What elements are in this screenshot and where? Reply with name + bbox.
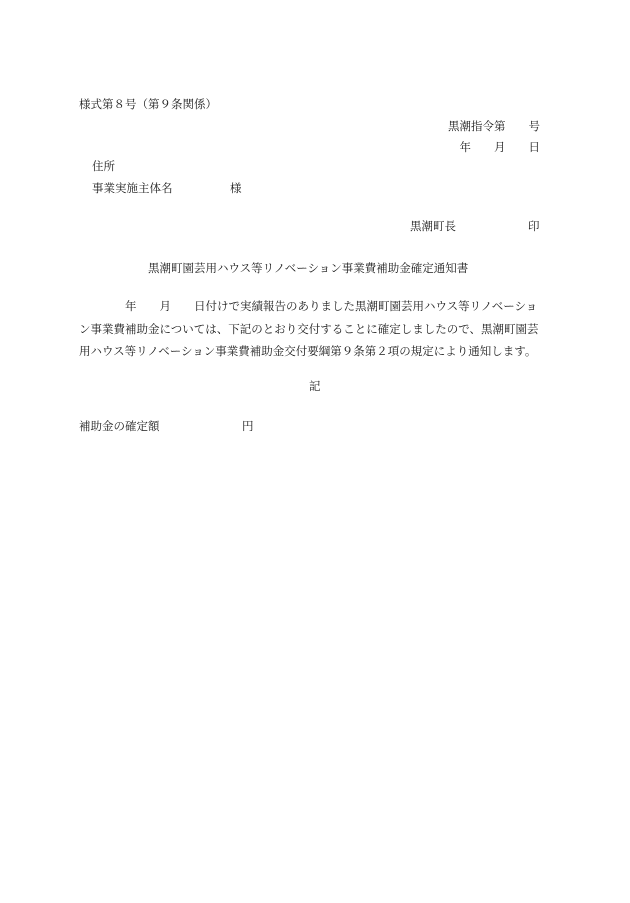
body-line: 年 月 日付けで実績報告のありました黒潮町園芸用ハウス等リノベーショ [79, 295, 553, 318]
issuer-title: 黒潮町長 [410, 219, 456, 233]
directive-number: 黒潮指令第 号 [448, 119, 540, 133]
confirmed-amount-label: 補助金の確定額 [79, 419, 160, 433]
document-title: 黒潮町園芸用ハウス等リノベーション事業費補助金確定通知書 [148, 261, 468, 275]
form-number: 様式第８号（第９条関係） [79, 97, 217, 111]
confirmed-amount-unit: 円 [242, 419, 254, 433]
issue-date: 年 月 日 [460, 140, 541, 154]
recipient-address-label: 住所 [92, 159, 115, 173]
body-paragraph: 年 月 日付けで実績報告のありました黒潮町園芸用ハウス等リノベーショ ン事業費補… [79, 295, 553, 363]
body-line: 用ハウス等リノベーション事業費補助金交付要綱第９条第２項の規定により通知します。 [79, 340, 553, 363]
issuer-seal: 印 [528, 219, 540, 233]
recipient-honorific: 様 [230, 181, 242, 195]
body-line: ン事業費補助金については、下記のとおり交付することに確定しましたので、黒潮町園芸 [79, 318, 553, 341]
ki-heading: 記 [309, 379, 321, 393]
document-page: 様式第８号（第９条関係） 黒潮指令第 号 年 月 日 住所 事業実施主体名 様 … [0, 0, 630, 903]
recipient-name-label: 事業実施主体名 [92, 181, 173, 195]
